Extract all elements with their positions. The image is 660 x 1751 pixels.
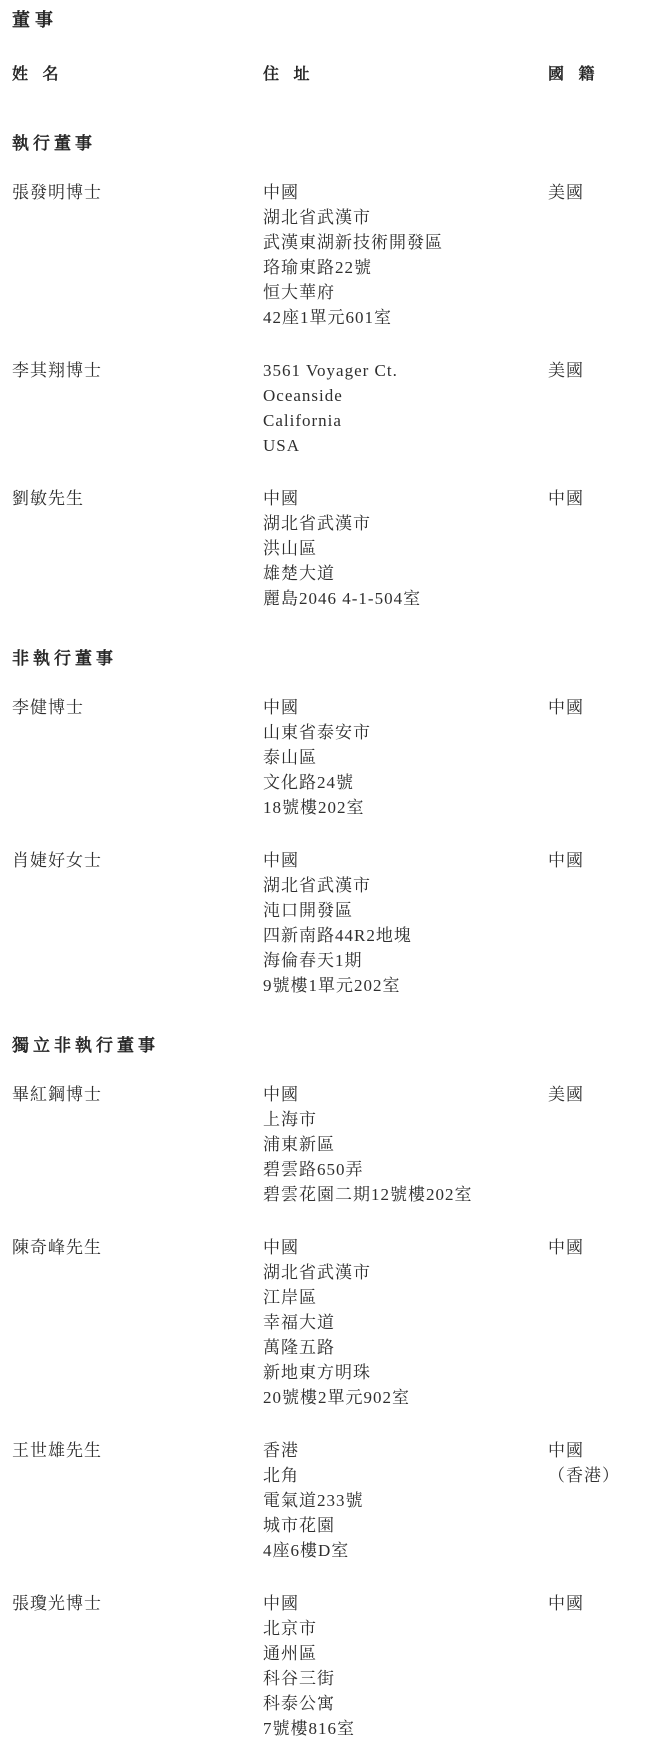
address-line: 江岸區 <box>263 1285 548 1310</box>
director-row: 李其翔博士 3561 Voyager Ct. Oceanside Califor… <box>12 358 646 458</box>
nationality-line: 美國 <box>548 1082 646 1107</box>
address-line: 四新南路44R2地塊 <box>263 923 548 948</box>
director-row: 王世雄先生 香港 北角 電氣道233號 城市花園 4座6樓D室 中國 （香港） <box>12 1438 646 1563</box>
director-address: 中國 湖北省武漢市 洪山區 雄楚大道 麗島2046 4-1-504室 <box>263 486 548 611</box>
address-line: 碧雲路650弄 <box>263 1157 548 1182</box>
director-address: 中國 北京市 通州區 科谷三街 科泰公寓 7號樓816室 <box>263 1591 548 1741</box>
director-row: 劉敏先生 中國 湖北省武漢市 洪山區 雄楚大道 麗島2046 4-1-504室 … <box>12 486 646 611</box>
address-line: 文化路24號 <box>263 770 548 795</box>
address-line: 上海市 <box>263 1107 548 1132</box>
address-line: 中國 <box>263 1082 548 1107</box>
address-line: 恒大華府 <box>263 280 548 305</box>
address-line: 中國 <box>263 1235 548 1260</box>
director-name: 張發明博士 <box>12 180 263 205</box>
address-line: 武漢東湖新技術開發區 <box>263 230 548 255</box>
director-address: 中國 湖北省武漢市 江岸區 幸福大道 萬隆五路 新地東方明珠 20號樓2單元90… <box>263 1235 548 1410</box>
column-header-nationality: 國 籍 <box>548 62 646 87</box>
director-nationality: 中國 <box>548 848 646 873</box>
address-line: 中國 <box>263 1591 548 1616</box>
nationality-line: 中國 <box>548 848 646 873</box>
director-name: 李其翔博士 <box>12 358 263 383</box>
director-name: 陳奇峰先生 <box>12 1235 263 1260</box>
section-heading: 非執行董事 <box>12 646 646 671</box>
section-heading: 獨立非執行董事 <box>12 1033 646 1058</box>
section-rows: 李健博士 中國 山東省泰安市 泰山區 文化路24號 18號樓202室 中國 肖婕… <box>12 695 646 998</box>
director-nationality: 中國 （香港） <box>548 1438 646 1488</box>
nationality-line: 中國 <box>548 695 646 720</box>
director-address: 中國 湖北省武漢市 沌口開發區 四新南路44R2地塊 海倫春天1期 9號樓1單元… <box>263 848 548 998</box>
address-line: 中國 <box>263 180 548 205</box>
address-line: 中國 <box>263 848 548 873</box>
director-row: 肖婕好女士 中國 湖北省武漢市 沌口開發區 四新南路44R2地塊 海倫春天1期 … <box>12 848 646 998</box>
address-line: 18號樓202室 <box>263 795 548 820</box>
director-section: 獨立非執行董事 畢紅鋼博士 中國 上海市 浦東新區 碧雲路650弄 碧雲花園二期… <box>12 1033 646 1741</box>
director-row: 張瓊光博士 中國 北京市 通州區 科谷三街 科泰公寓 7號樓816室 中國 <box>12 1591 646 1741</box>
director-address: 中國 上海市 浦東新區 碧雲路650弄 碧雲花園二期12號樓202室 <box>263 1082 548 1207</box>
director-section: 非執行董事 李健博士 中國 山東省泰安市 泰山區 文化路24號 18號樓202室… <box>12 646 646 998</box>
address-line: 北京市 <box>263 1616 548 1641</box>
director-nationality: 美國 <box>548 180 646 205</box>
address-line: 碧雲花園二期12號樓202室 <box>263 1182 548 1207</box>
address-line: 海倫春天1期 <box>263 948 548 973</box>
director-nationality: 美國 <box>548 358 646 383</box>
director-address: 中國 山東省泰安市 泰山區 文化路24號 18號樓202室 <box>263 695 548 820</box>
address-line: 珞瑜東路22號 <box>263 255 548 280</box>
director-nationality: 美國 <box>548 1082 646 1107</box>
director-section: 執行董事 張發明博士 中國 湖北省武漢市 武漢東湖新技術開發區 珞瑜東路22號 … <box>12 131 646 611</box>
director-nationality: 中國 <box>548 695 646 720</box>
section-rows: 張發明博士 中國 湖北省武漢市 武漢東湖新技術開發區 珞瑜東路22號 恒大華府 … <box>12 180 646 611</box>
nationality-line: 中國 <box>548 1591 646 1616</box>
address-line: 通州區 <box>263 1641 548 1666</box>
address-line: 電氣道233號 <box>263 1488 548 1513</box>
address-line: 42座1單元601室 <box>263 305 548 330</box>
director-nationality: 中國 <box>548 1235 646 1260</box>
column-header-name: 姓 名 <box>12 62 263 87</box>
prospectus-directors-page: 董事 姓 名 住 址 國 籍 執行董事 張發明博士 中國 湖北省武漢市 武漢東湖… <box>0 0 660 1751</box>
address-line: 城市花園 <box>263 1513 548 1538</box>
address-line: 浦東新區 <box>263 1132 548 1157</box>
address-line: 幸福大道 <box>263 1310 548 1335</box>
director-row: 李健博士 中國 山東省泰安市 泰山區 文化路24號 18號樓202室 中國 <box>12 695 646 820</box>
address-line: 科谷三街 <box>263 1666 548 1691</box>
address-line: 4座6樓D室 <box>263 1538 548 1563</box>
director-name: 張瓊光博士 <box>12 1591 263 1616</box>
nationality-line: 美國 <box>548 358 646 383</box>
address-line: 湖北省武漢市 <box>263 873 548 898</box>
address-line: 沌口開發區 <box>263 898 548 923</box>
address-line: 3561 Voyager Ct. <box>263 358 548 383</box>
address-line: USA <box>263 433 548 458</box>
address-line: 北角 <box>263 1463 548 1488</box>
address-line: 科泰公寓 <box>263 1691 548 1716</box>
director-name: 畢紅鋼博士 <box>12 1082 263 1107</box>
director-name: 劉敏先生 <box>12 486 263 511</box>
director-name: 王世雄先生 <box>12 1438 263 1463</box>
director-row: 張發明博士 中國 湖北省武漢市 武漢東湖新技術開發區 珞瑜東路22號 恒大華府 … <box>12 180 646 330</box>
address-line: California <box>263 408 548 433</box>
director-address: 中國 湖北省武漢市 武漢東湖新技術開發區 珞瑜東路22號 恒大華府 42座1單元… <box>263 180 548 330</box>
address-line: 7號樓816室 <box>263 1716 548 1741</box>
address-line: 香港 <box>263 1438 548 1463</box>
address-line: 麗島2046 4-1-504室 <box>263 586 548 611</box>
director-address: 香港 北角 電氣道233號 城市花園 4座6樓D室 <box>263 1438 548 1563</box>
address-line: 湖北省武漢市 <box>263 205 548 230</box>
director-address: 3561 Voyager Ct. Oceanside California US… <box>263 358 548 458</box>
column-header-address: 住 址 <box>263 62 548 87</box>
nationality-line: 中國 <box>548 486 646 511</box>
director-name: 肖婕好女士 <box>12 848 263 873</box>
page-title: 董事 <box>12 8 646 32</box>
address-line: 新地東方明珠 <box>263 1360 548 1385</box>
director-nationality: 中國 <box>548 1591 646 1616</box>
director-row: 陳奇峰先生 中國 湖北省武漢市 江岸區 幸福大道 萬隆五路 新地東方明珠 20號… <box>12 1235 646 1410</box>
address-line: 萬隆五路 <box>263 1335 548 1360</box>
director-sections: 執行董事 張發明博士 中國 湖北省武漢市 武漢東湖新技術開發區 珞瑜東路22號 … <box>12 131 646 1741</box>
table-header: 姓 名 住 址 國 籍 <box>12 62 646 87</box>
director-row: 畢紅鋼博士 中國 上海市 浦東新區 碧雲路650弄 碧雲花園二期12號樓202室… <box>12 1082 646 1207</box>
address-line: 湖北省武漢市 <box>263 511 548 536</box>
nationality-line: （香港） <box>548 1463 646 1488</box>
nationality-line: 美國 <box>548 180 646 205</box>
address-line: 中國 <box>263 695 548 720</box>
address-line: 湖北省武漢市 <box>263 1260 548 1285</box>
address-line: 20號樓2單元902室 <box>263 1385 548 1410</box>
address-line: 中國 <box>263 486 548 511</box>
address-line: 泰山區 <box>263 745 548 770</box>
nationality-line: 中國 <box>548 1235 646 1260</box>
address-line: 山東省泰安市 <box>263 720 548 745</box>
address-line: 洪山區 <box>263 536 548 561</box>
nationality-line: 中國 <box>548 1438 646 1463</box>
address-line: 雄楚大道 <box>263 561 548 586</box>
director-nationality: 中國 <box>548 486 646 511</box>
address-line: Oceanside <box>263 383 548 408</box>
address-line: 9號樓1單元202室 <box>263 973 548 998</box>
section-rows: 畢紅鋼博士 中國 上海市 浦東新區 碧雲路650弄 碧雲花園二期12號樓202室… <box>12 1082 646 1741</box>
director-name: 李健博士 <box>12 695 263 720</box>
section-heading: 執行董事 <box>12 131 646 156</box>
